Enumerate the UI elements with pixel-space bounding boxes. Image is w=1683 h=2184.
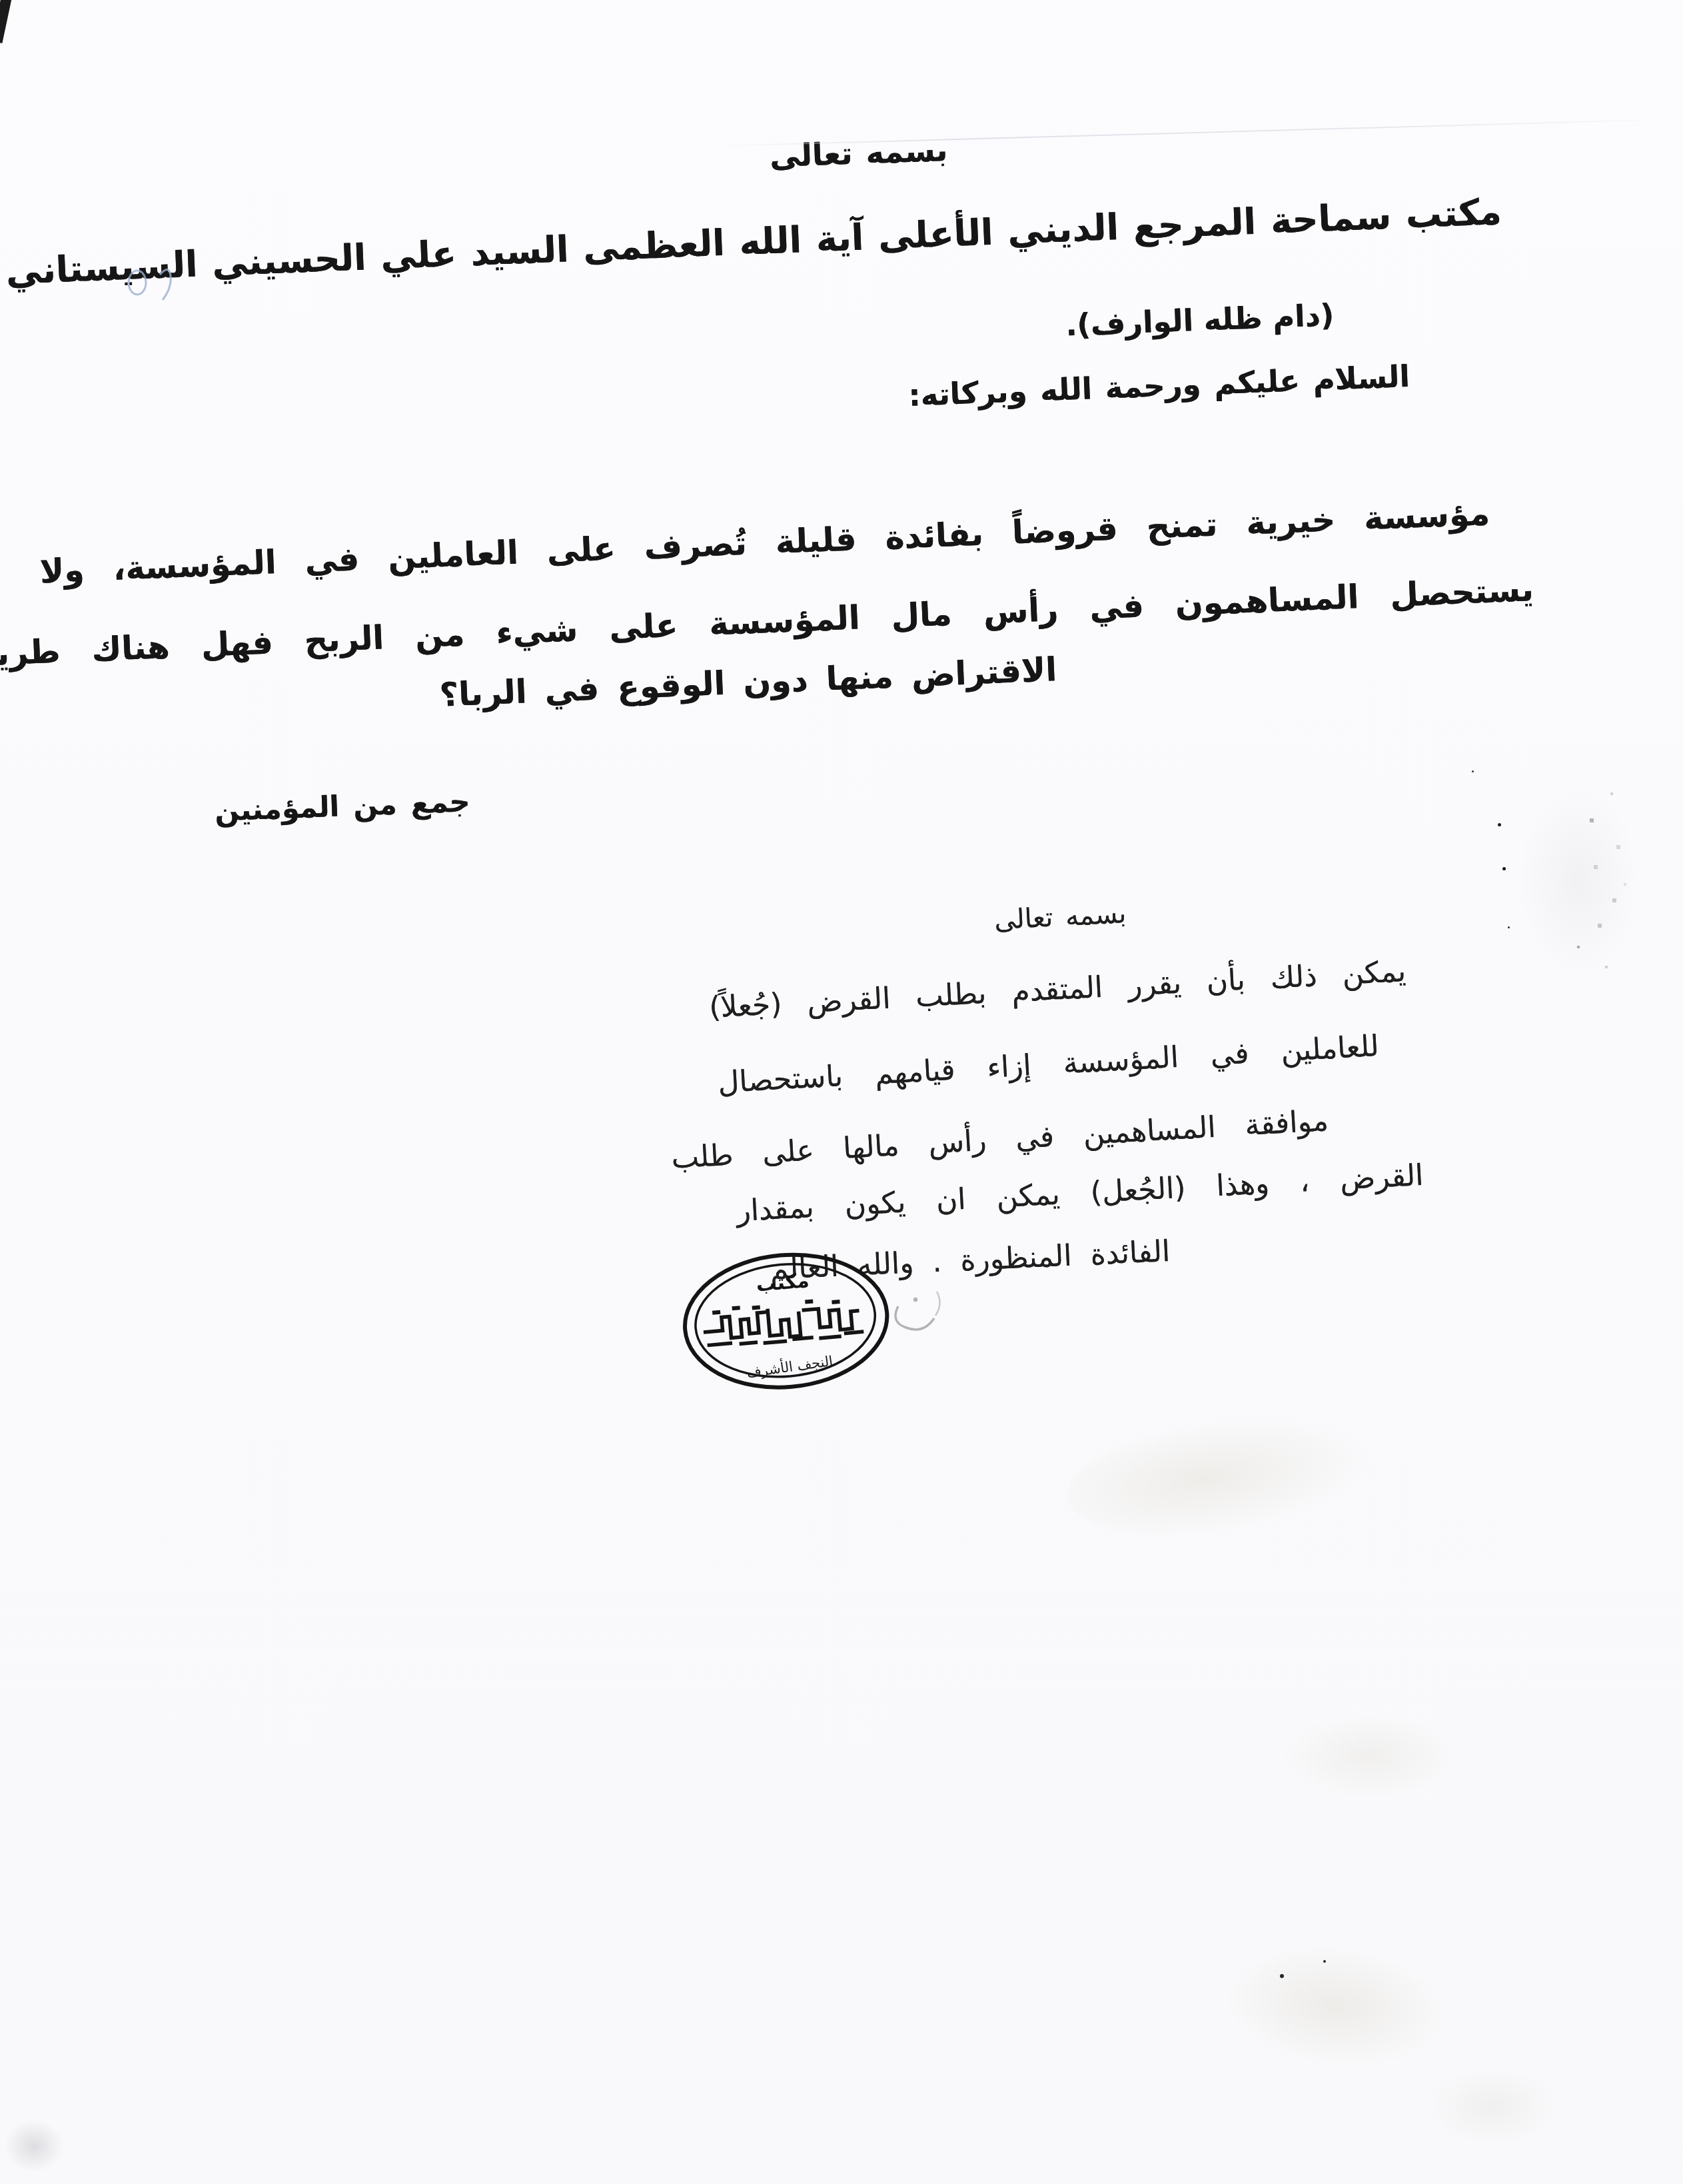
salutation-line: السلام عليكم ورحمة الله وبركاته: [908, 359, 1410, 413]
scan-blotch [1059, 1399, 1379, 1554]
question-signature: جمع من المؤمنين [215, 785, 471, 828]
question-line-3: الاقتراض منها دون الوقوع في الربا؟ [438, 650, 1057, 714]
scanned-document-page: { "document": { "basmala_top": "بسمه تعا… [0, 0, 1683, 2184]
faint-gray-pen-mark [886, 1286, 953, 1342]
scan-blotch [1519, 786, 1639, 973]
scan-blotch [1426, 2066, 1559, 2146]
answer-line-3: موافقة المساهمين في رأس مالها على طلب [670, 1104, 1329, 1176]
scan-blotch [1220, 1935, 1451, 2077]
answer-basmala: بسمه تعالى [993, 898, 1127, 936]
answer-line-1: يمكن ذلك بأن يقرر المتقدم بطلب القرض (جُ… [708, 954, 1406, 1025]
scan-blotch [1279, 1713, 1459, 1799]
seal-oval-icon: مكتب النجف الأشرف [668, 1236, 907, 1412]
scan-streak-line [713, 119, 1678, 147]
office-seal-stamp: مكتب النجف الأشرف [668, 1236, 907, 1412]
question-line-1: مؤسسة خيرية تمنح قروضاً بفائدة قليلة تُص… [39, 495, 1490, 590]
faint-blue-pen-doodle [124, 257, 197, 316]
seal-kufic-band [704, 1298, 862, 1348]
honorific-line: (دام ظله الوارف). [1065, 297, 1335, 343]
seal-top-text: مكتب [755, 1269, 810, 1297]
scan-corner-mark [0, 0, 12, 43]
answer-line-2: للعاملين في المؤسسة إزاء قيامهم باستحصال [718, 1029, 1381, 1100]
office-header-line: مكتب سماحة المرجع الديني الأعلى آية الله… [5, 191, 1502, 293]
scan-blotch [4, 2119, 64, 2173]
scan-dark-speck-cluster [1498, 823, 1501, 826]
answer-line-4: القرض ، وهذا (الجُعل) يمكن ان يكون بمقدا… [736, 1158, 1424, 1228]
basmala-top: بسمه تعالى [769, 132, 948, 174]
scan-gray-speck-band [1559, 766, 1560, 768]
